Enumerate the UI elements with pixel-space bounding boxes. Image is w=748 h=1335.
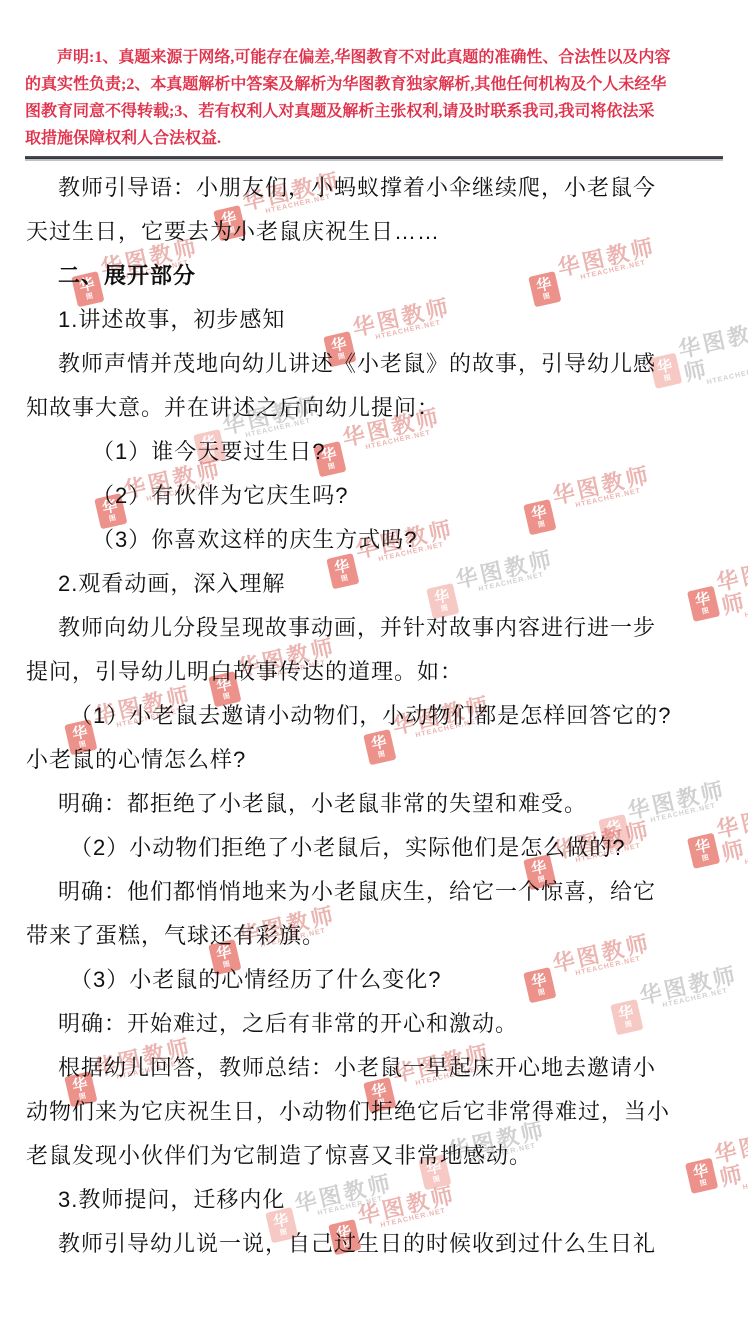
paragraph-teacher-lead: 教师引导语：小朋友们，小蚂蚁撑着小伞继续爬，小老鼠今 天过生日，它要去为小老鼠庆… (26, 166, 722, 254)
disclaimer: 声明:1、真题来源于网络,可能存在偏差,华图教育不对此真题的准确性、合法性以及内… (25, 44, 726, 152)
question-2: （2）有伙伴为它庆生吗? (26, 474, 722, 518)
question-2-2: （2）小动物们拒绝了小老鼠后，实际他们是怎么做的? (26, 826, 722, 870)
disclaimer-text: 1、真题来源于网络,可能存在偏差,华图教育不对此真题的准确性、合法性以及内容 的… (25, 49, 670, 147)
question-3: （3）你喜欢这样的庆生方式吗? (26, 518, 722, 562)
section-heading-2: 二、展开部分 (26, 254, 722, 298)
answer-2-3: 明确：开始难过，之后有非常的开心和激动。 (26, 1002, 722, 1046)
watermark-en-text: HTEACHER.NET (742, 1170, 748, 1192)
watermark-en-text: HTEACHER.NET (744, 598, 748, 620)
watermark-en-text: HTEACHER.NET (744, 845, 748, 867)
step-3-title: 3.教师提问，迁移内化 (26, 1178, 722, 1222)
question-1: （1）谁今天要过生日? (26, 430, 722, 474)
paragraph-watch-animation: 教师向幼儿分段呈现故事动画，并针对故事内容进行进一步 提问，引导幼儿明白故事传达… (26, 606, 722, 694)
answer-2-1: 明确：都拒绝了小老鼠，小老鼠非常的失望和难受。 (26, 782, 722, 826)
question-2-3: （3）小老鼠的心情经历了什么变化? (26, 958, 722, 1002)
separator-line (25, 156, 723, 159)
step-2-title: 2.观看动画，深入理解 (26, 562, 722, 606)
document-page: 华图华图教师HTEACHER.NET华图华图教师HTEACHER.NET华图华图… (0, 0, 748, 1335)
paragraph-story-telling: 教师声情并茂地向幼儿讲述《小老鼠》的故事，引导幼儿感 知故事大意。并在讲述之后向… (26, 342, 722, 430)
paragraph-transfer: 教师引导幼儿说一说，自己过生日的时候收到过什么生日礼 (26, 1222, 722, 1266)
body-text: 教师引导语：小朋友们，小蚂蚁撑着小伞继续爬，小老鼠今 天过生日，它要去为小老鼠庆… (26, 166, 722, 1266)
step-1-title: 1.讲述故事，初步感知 (26, 298, 722, 342)
disclaimer-label: 声明: (57, 49, 94, 66)
question-2-1: （1）小老鼠去邀请小动物们，小动物们都是怎样回答它的? 小老鼠的心情怎么样? (26, 694, 722, 782)
paragraph-teacher-summary: 根据幼儿回答，教师总结：小老鼠一早起床开心地去邀请小 动物们来为它庆祝生日，小动… (26, 1046, 722, 1178)
answer-2-2: 明确：他们都悄悄地来为小老鼠庆生，给它一个惊喜，给它 带来了蛋糕，气球还有彩旗。 (26, 870, 722, 958)
